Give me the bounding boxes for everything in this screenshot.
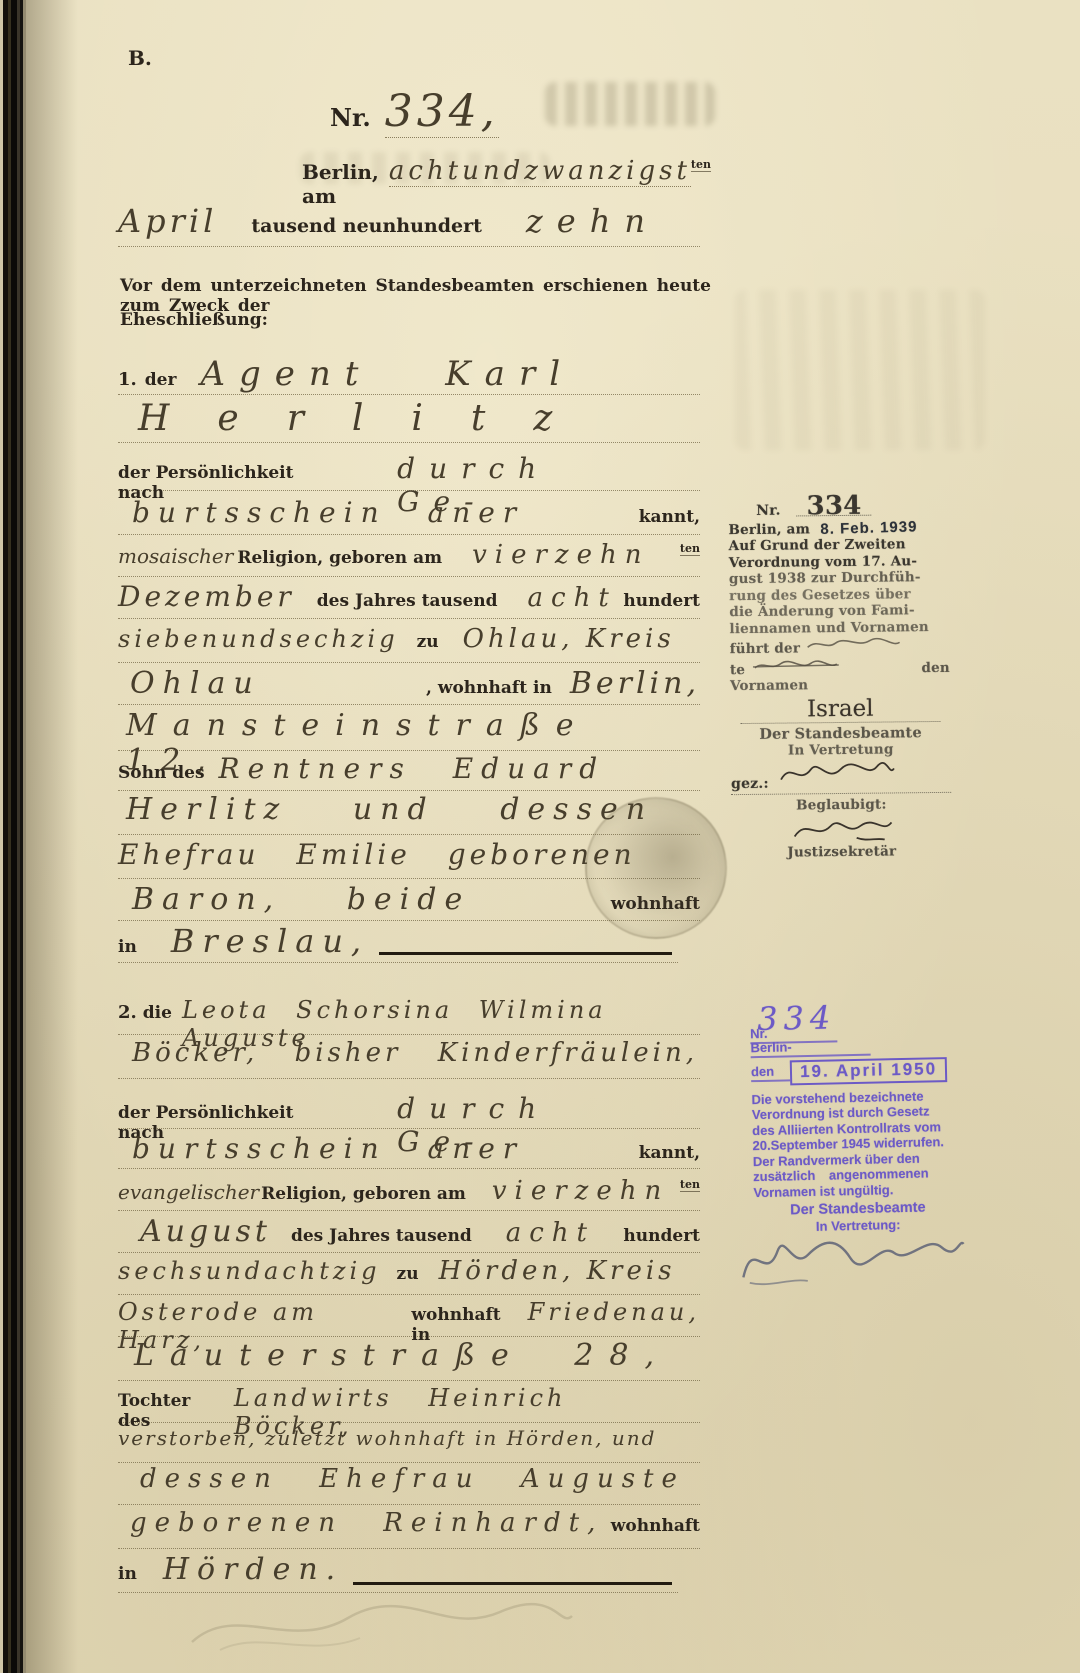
groom-birthproof-row: burtsschein aner kannt, bbox=[118, 496, 700, 535]
intro-text-2: Eheschließung: bbox=[120, 310, 268, 330]
parents-residence-hand: Breslau, bbox=[171, 922, 369, 960]
bride-residence-row: Osterode am Harz, wohnhaft in Friedenau, bbox=[118, 1298, 700, 1337]
stamp39-body-7: führt der bbox=[730, 635, 950, 658]
gez-label: gez.: bbox=[731, 775, 769, 792]
stamp50-date-row: den 19. April 1950 bbox=[751, 1056, 959, 1085]
birth-day-hand: vierzehn bbox=[472, 540, 649, 570]
residence-hand-2: Friedenau, bbox=[528, 1298, 700, 1326]
son-label: Sohn des bbox=[118, 763, 205, 783]
page-corner-label: B. bbox=[128, 46, 188, 76]
nr-label: Nr. bbox=[330, 103, 371, 132]
article-label-2: die bbox=[143, 1003, 172, 1023]
bride-father-row: Tochter des Landwirts Heinrich Böcker, bbox=[118, 1384, 700, 1423]
stamp50-date: 19. April 1950 bbox=[790, 1057, 947, 1085]
century-hand: acht bbox=[528, 583, 617, 613]
date-line-city: Berlin, am achtundzwanzigst ten bbox=[302, 156, 702, 200]
marriage-register-scan-page: B. Nr. 334, Berlin, am achtundzwanzigst … bbox=[0, 0, 1080, 1673]
filler-line bbox=[379, 952, 672, 955]
record-number-value: 334, bbox=[385, 86, 499, 138]
zu-label: zu bbox=[417, 632, 439, 652]
item-number-2: 2. bbox=[118, 1002, 137, 1023]
groom-occupation-firstname-hand: Agent Karl bbox=[200, 354, 574, 394]
in-label: in bbox=[118, 937, 137, 957]
hundred-label: hundert bbox=[623, 591, 700, 611]
inline-scribble bbox=[806, 635, 902, 652]
groom-surname-hand: Herlitz bbox=[138, 398, 600, 439]
signature-clerk bbox=[786, 813, 896, 844]
mother-hand-2: dessen Ehefrau Auguste bbox=[140, 1464, 685, 1494]
groom-address-row: Mansteinstraße 12, bbox=[118, 708, 700, 751]
bride-surname-hand: Böcker, bisher Kinderfräulein, bbox=[132, 1038, 698, 1068]
groom-birth-year-row: siebenundsechzig zu Ohlau, Kreis bbox=[118, 624, 700, 663]
resident-label: , wohnhaft in bbox=[426, 678, 552, 698]
book-spine-edge bbox=[0, 0, 26, 1673]
stamp39-nr-row: Nr. 334 bbox=[756, 497, 948, 520]
birth-district-hand: Ohlau bbox=[130, 666, 261, 701]
mother-line2-hand-2: geborenen Reinhardt, bbox=[130, 1508, 603, 1538]
spine-shadow bbox=[26, 0, 78, 1673]
stamp39-added-name-hand: Israel bbox=[807, 695, 874, 722]
father-line2-hand: Herlitz und dessen bbox=[126, 792, 653, 827]
birthproof-hand-2: burtsschein aner bbox=[132, 1132, 524, 1165]
wohnhaft-label-2: wohnhaft bbox=[611, 1516, 700, 1536]
bride-birth-month-row: August des Jahres tausend acht hundert bbox=[118, 1214, 700, 1253]
stamp39-nr-label: Nr. bbox=[756, 503, 781, 520]
year-tens-hand-2: sechsundachtzig bbox=[118, 1257, 381, 1285]
bride-birthproof-row: burtsschein aner kannt, bbox=[118, 1132, 700, 1169]
stamp39-te-label: te bbox=[730, 661, 745, 678]
birthproof-hand: burtsschein aner bbox=[132, 496, 524, 529]
day-suffix: ten bbox=[691, 158, 711, 172]
date-line-year: April tausend neunhundert zehn bbox=[118, 202, 700, 247]
birth-day-hand-2: vierzehn bbox=[492, 1176, 669, 1206]
bride-parents-residence-row: in Hörden. bbox=[118, 1552, 678, 1593]
kannt-label: kannt, bbox=[639, 507, 700, 527]
kannt-label-2: kannt, bbox=[639, 1143, 700, 1163]
stamp39-body-8: te den bbox=[730, 655, 950, 678]
city-label: Berlin, am bbox=[302, 160, 379, 208]
year-tens-hand: siebenundsechzig bbox=[118, 625, 399, 653]
stamp39-date: 8. Feb. 1939 bbox=[820, 519, 917, 538]
stamp39-gez-row: gez.: bbox=[731, 757, 951, 795]
thousand-label: tausend neunhundert bbox=[251, 215, 482, 237]
hundred-label-2: hundert bbox=[623, 1226, 700, 1246]
groom-identity-row: der Persönlichkeit nach durch Ge- bbox=[118, 452, 700, 491]
year-hand: zehn bbox=[526, 202, 659, 240]
birth-day-suffix-2: ten bbox=[680, 1178, 700, 1192]
address-hand-2: Lauterstraße 28, bbox=[134, 1338, 670, 1373]
revocation-stamp-1950: Nr. 334 Berlin- den 19. April 1950 Die v… bbox=[750, 1004, 963, 1235]
religion-label: Religion, geboren am bbox=[237, 548, 442, 568]
groom-name-row-1: 1. der Agent Karl bbox=[118, 354, 700, 395]
bride-religion-row: evangelischer Religion, geboren am vierz… bbox=[118, 1176, 700, 1211]
corner-letter: B. bbox=[128, 46, 152, 70]
mother-line2-hand: Baron, beide bbox=[132, 882, 470, 917]
birthplace-hand: Ohlau, Kreis bbox=[463, 624, 675, 654]
birth-day-suffix: ten bbox=[680, 542, 700, 556]
groom-name-row-2: Herlitz bbox=[118, 398, 700, 443]
intro-line-2: Eheschließung: bbox=[120, 310, 720, 338]
intro-line-1: Vor dem unterzeichneten Standesbeamten e… bbox=[120, 276, 720, 304]
bride-name-row-2: Böcker, bisher Kinderfräulein, bbox=[118, 1038, 700, 1079]
round-embossed-seal bbox=[585, 797, 727, 939]
groom-parents-residence-row: in Breslau, bbox=[118, 922, 678, 963]
birth-month-hand: Dezember bbox=[118, 580, 295, 613]
pencil-scribble bbox=[180, 1590, 580, 1665]
zu-label-2: zu bbox=[397, 1264, 419, 1284]
filler-line-2 bbox=[353, 1582, 672, 1585]
residence-hand: Berlin, bbox=[570, 666, 700, 701]
groom-birth-month-row: Dezember des Jahres tausend acht hundert bbox=[118, 580, 700, 619]
bleedthrough-smudge bbox=[735, 290, 985, 450]
groom-religion-row: mosaischer Religion, geboren am vierzehn… bbox=[118, 540, 700, 577]
year-label-2: des Jahres tausend bbox=[291, 1226, 472, 1246]
record-number-heading: Nr. 334, bbox=[330, 86, 550, 148]
religion-label-2: Religion, geboren am bbox=[261, 1184, 466, 1204]
bride-mother-row-2: geborenen Reinhardt, wohnhaft bbox=[118, 1508, 700, 1549]
struck-scribble bbox=[753, 657, 839, 674]
stamp39-clerk-signature-row bbox=[731, 812, 951, 844]
stamp39-official-2: In Vertretung bbox=[731, 741, 951, 760]
father-hand: Rentners Eduard bbox=[219, 752, 606, 785]
stamp50-nr-value-hand: 334 bbox=[757, 998, 837, 1038]
day-word-hand: achtundzwanzigst bbox=[389, 156, 691, 187]
signature-registrar bbox=[777, 758, 897, 787]
stamp39-city-label: Berlin, am bbox=[728, 521, 810, 538]
birthplace-hand-2: Hörden, Kreis bbox=[439, 1256, 676, 1286]
name-change-stamp-1939: Nr. 334 Berlin, am 8. Feb. 1939 Auf Grun… bbox=[728, 497, 952, 861]
daughter-label: Tochter des bbox=[118, 1391, 224, 1431]
stamp39-beglaubigt: Beglaubigt: bbox=[731, 796, 951, 815]
bride-mother-row: dessen Ehefrau Auguste bbox=[118, 1464, 700, 1505]
bleedthrough-smudge bbox=[545, 82, 715, 126]
bride-address-row: Lauterstraße 28, bbox=[118, 1338, 700, 1381]
stamp39-den-label: den bbox=[921, 659, 950, 676]
stamp39-city-row: Berlin, am 8. Feb. 1939 bbox=[728, 519, 948, 538]
stamp50-den-label: den bbox=[751, 1064, 790, 1082]
article-label: der bbox=[145, 370, 177, 390]
bride-father-row-2: verstorben, zuletzt wohnhaft in Hörden, … bbox=[118, 1426, 700, 1463]
groom-father-row: Sohn des Rentners Eduard bbox=[118, 752, 700, 791]
parents-residence-hand-2: Hörden. bbox=[163, 1552, 343, 1587]
bride-birth-year-row: sechsundachtzig zu Hörden, Kreis bbox=[118, 1256, 700, 1295]
bride-name-row-1: 2. die Leota Schorsina Wilmina Auguste bbox=[118, 996, 700, 1035]
stamp39-fuehrt-label: führt der bbox=[730, 640, 801, 657]
father-line2-hand-2: verstorben, zuletzt wohnhaft in Hörden, … bbox=[118, 1426, 656, 1450]
bride-identity-row: der Persönlichkeit nach durch Ge- bbox=[118, 1092, 700, 1129]
mother-hand: Ehefrau Emilie geborenen bbox=[118, 838, 636, 871]
month-hand: April bbox=[118, 202, 217, 240]
item-number-1: 1. bbox=[118, 369, 137, 390]
in-label-2: in bbox=[118, 1564, 137, 1584]
century-hand-2: acht bbox=[506, 1218, 595, 1248]
religion-hand: mosaischer bbox=[118, 544, 233, 568]
birth-month-hand-2: August bbox=[140, 1214, 271, 1249]
year-label: des Jahres tausend bbox=[317, 591, 498, 611]
religion-hand-2: evangelischer bbox=[118, 1180, 259, 1204]
stamp39-nr-value-hand: 334 bbox=[796, 498, 871, 516]
stamp39-clerk-title: Justizsekretär bbox=[732, 842, 952, 861]
stamp39-body-9: Vornamen bbox=[730, 676, 950, 695]
stamp39-added-name-row: Israel bbox=[730, 694, 950, 722]
groom-residence-row: Ohlau , wohnhaft in Berlin, bbox=[118, 666, 700, 705]
